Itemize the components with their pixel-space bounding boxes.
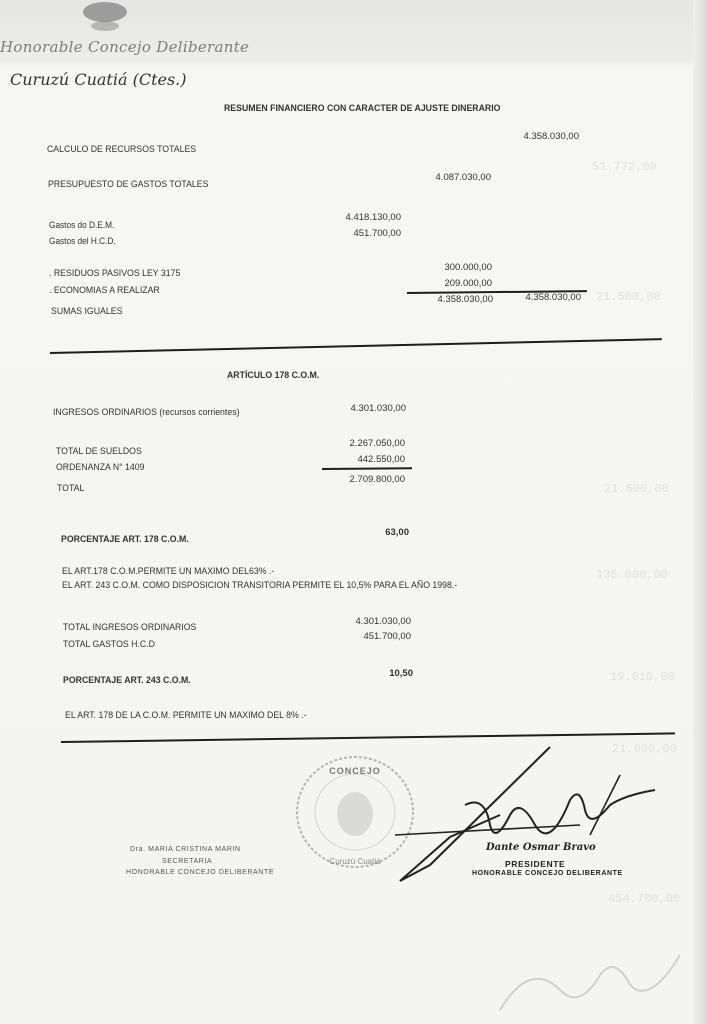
porcentaje-178-value: 63,00 <box>385 527 409 538</box>
porcentaje-243-label: PORCENTAJE ART. 243 C.O.M. <box>63 675 191 686</box>
art178-heading: ARTÍCULO 178 C.O.M. <box>227 370 319 381</box>
residuos-label: . RESIDUOS PASIVOS LEY 3175 <box>49 268 180 279</box>
bleed-through-text: 51.772,00 <box>592 160 657 174</box>
total-label: TOTAL <box>57 483 84 494</box>
svg-text:Curuzú Cuatiá: Curuzú Cuatiá <box>329 857 381 866</box>
bleed-through-text: 21.500,00 <box>596 290 661 304</box>
president-role: PRESIDENTE <box>505 859 565 869</box>
secretary-org: HONORABLE CONCEJO DELIBERANTE <box>126 869 274 876</box>
gastos-dem-value: 4.418.130,00 <box>346 212 401 223</box>
presupuesto-value: 4.087.030,00 <box>436 172 491 183</box>
total-ingresos-value: 4.301.030,00 <box>356 616 411 627</box>
secretary-role: SECRETARIA <box>162 858 212 865</box>
bleed-through-signature-icon <box>490 950 690 1020</box>
secretary-name: Dra. MARIA CRISTINA MARIN <box>130 846 241 853</box>
total-gastos-hcd-label: TOTAL GASTOS H.C.D <box>63 639 155 650</box>
letterhead-institution: Honorable Concejo Deliberante <box>0 38 249 56</box>
bleed-through-text: 454.700,00 <box>608 892 680 906</box>
total-ingresos-label: TOTAL INGRESOS ORDINARIOS <box>63 622 196 633</box>
economias-label: . ECONOMIAS A REALIZAR <box>49 285 160 296</box>
bleed-through-text: 19.010,00 <box>610 670 675 684</box>
sueldos-label: TOTAL DE SUELDOS <box>56 446 142 457</box>
ordenanza-value: 442.550,00 <box>357 454 405 465</box>
president-name: Dante Osmar Bravo <box>486 842 596 853</box>
crest-icon <box>70 0 140 34</box>
total-value: 2.709.800,00 <box>350 474 405 485</box>
porcentaje-243-value: 10,50 <box>389 668 413 679</box>
gastos-hcd-value: 451.700,00 <box>353 228 401 239</box>
svg-text:CONCEJO: CONCEJO <box>329 766 381 776</box>
gastos-dem-label: Gastos do D.E.M. <box>49 220 114 230</box>
sumas-left-value: 4.358.030,00 <box>438 294 493 305</box>
presupuesto-label: PRESUPUESTO DE GASTOS TOTALES <box>48 179 208 190</box>
gastos-hcd-label: Gastos del H.C.D. <box>49 236 116 246</box>
ingresos-label: INGRESOS ORDINARIOS (recursos corrientes… <box>53 407 240 418</box>
ingresos-value: 4.301.030,00 <box>351 403 406 414</box>
residuos-value: 300.000,00 <box>444 262 492 273</box>
art178-note: EL ART.178 C.O.M.PERMITE UN MAXIMO DEL63… <box>62 566 274 577</box>
sumas-right-value: 4.358.030,00 <box>526 292 581 303</box>
bleed-through-text: 21.600,00 <box>604 482 669 496</box>
art243-transitory-note: EL ART. 243 C.O.M. COMO DISPOSICION TRAN… <box>62 580 457 591</box>
bleed-through-text: 135.000,00 <box>596 568 668 582</box>
economias-value: 209.000,00 <box>444 278 492 289</box>
sueldos-value: 2.267.050,00 <box>350 438 405 449</box>
document-title: RESUMEN FINANCIERO CON CARACTER DE AJUST… <box>224 103 500 114</box>
ordenanza-label: ORDENANZA N° 1409 <box>56 462 145 473</box>
president-org: HONORABLE CONCEJO DELIBERANTE <box>472 870 623 877</box>
recursos-value: 4.358.030,00 <box>524 131 579 142</box>
porcentaje-178-label: PORCENTAJE ART. 178 C.O.M. <box>61 534 189 545</box>
page-edge <box>693 0 707 1024</box>
recursos-label: CALCULO DE RECURSOS TOTALES <box>47 144 196 155</box>
art178-limit-note: EL ART. 178 DE LA C.O.M. PERMITE UN MAXI… <box>65 710 307 721</box>
total-gastos-hcd-value: 451.700,00 <box>363 631 411 642</box>
letterhead-city: Curuzú Cuatiá (Ctes.) <box>10 70 187 89</box>
sumas-label: SUMAS IGUALES <box>51 306 122 317</box>
